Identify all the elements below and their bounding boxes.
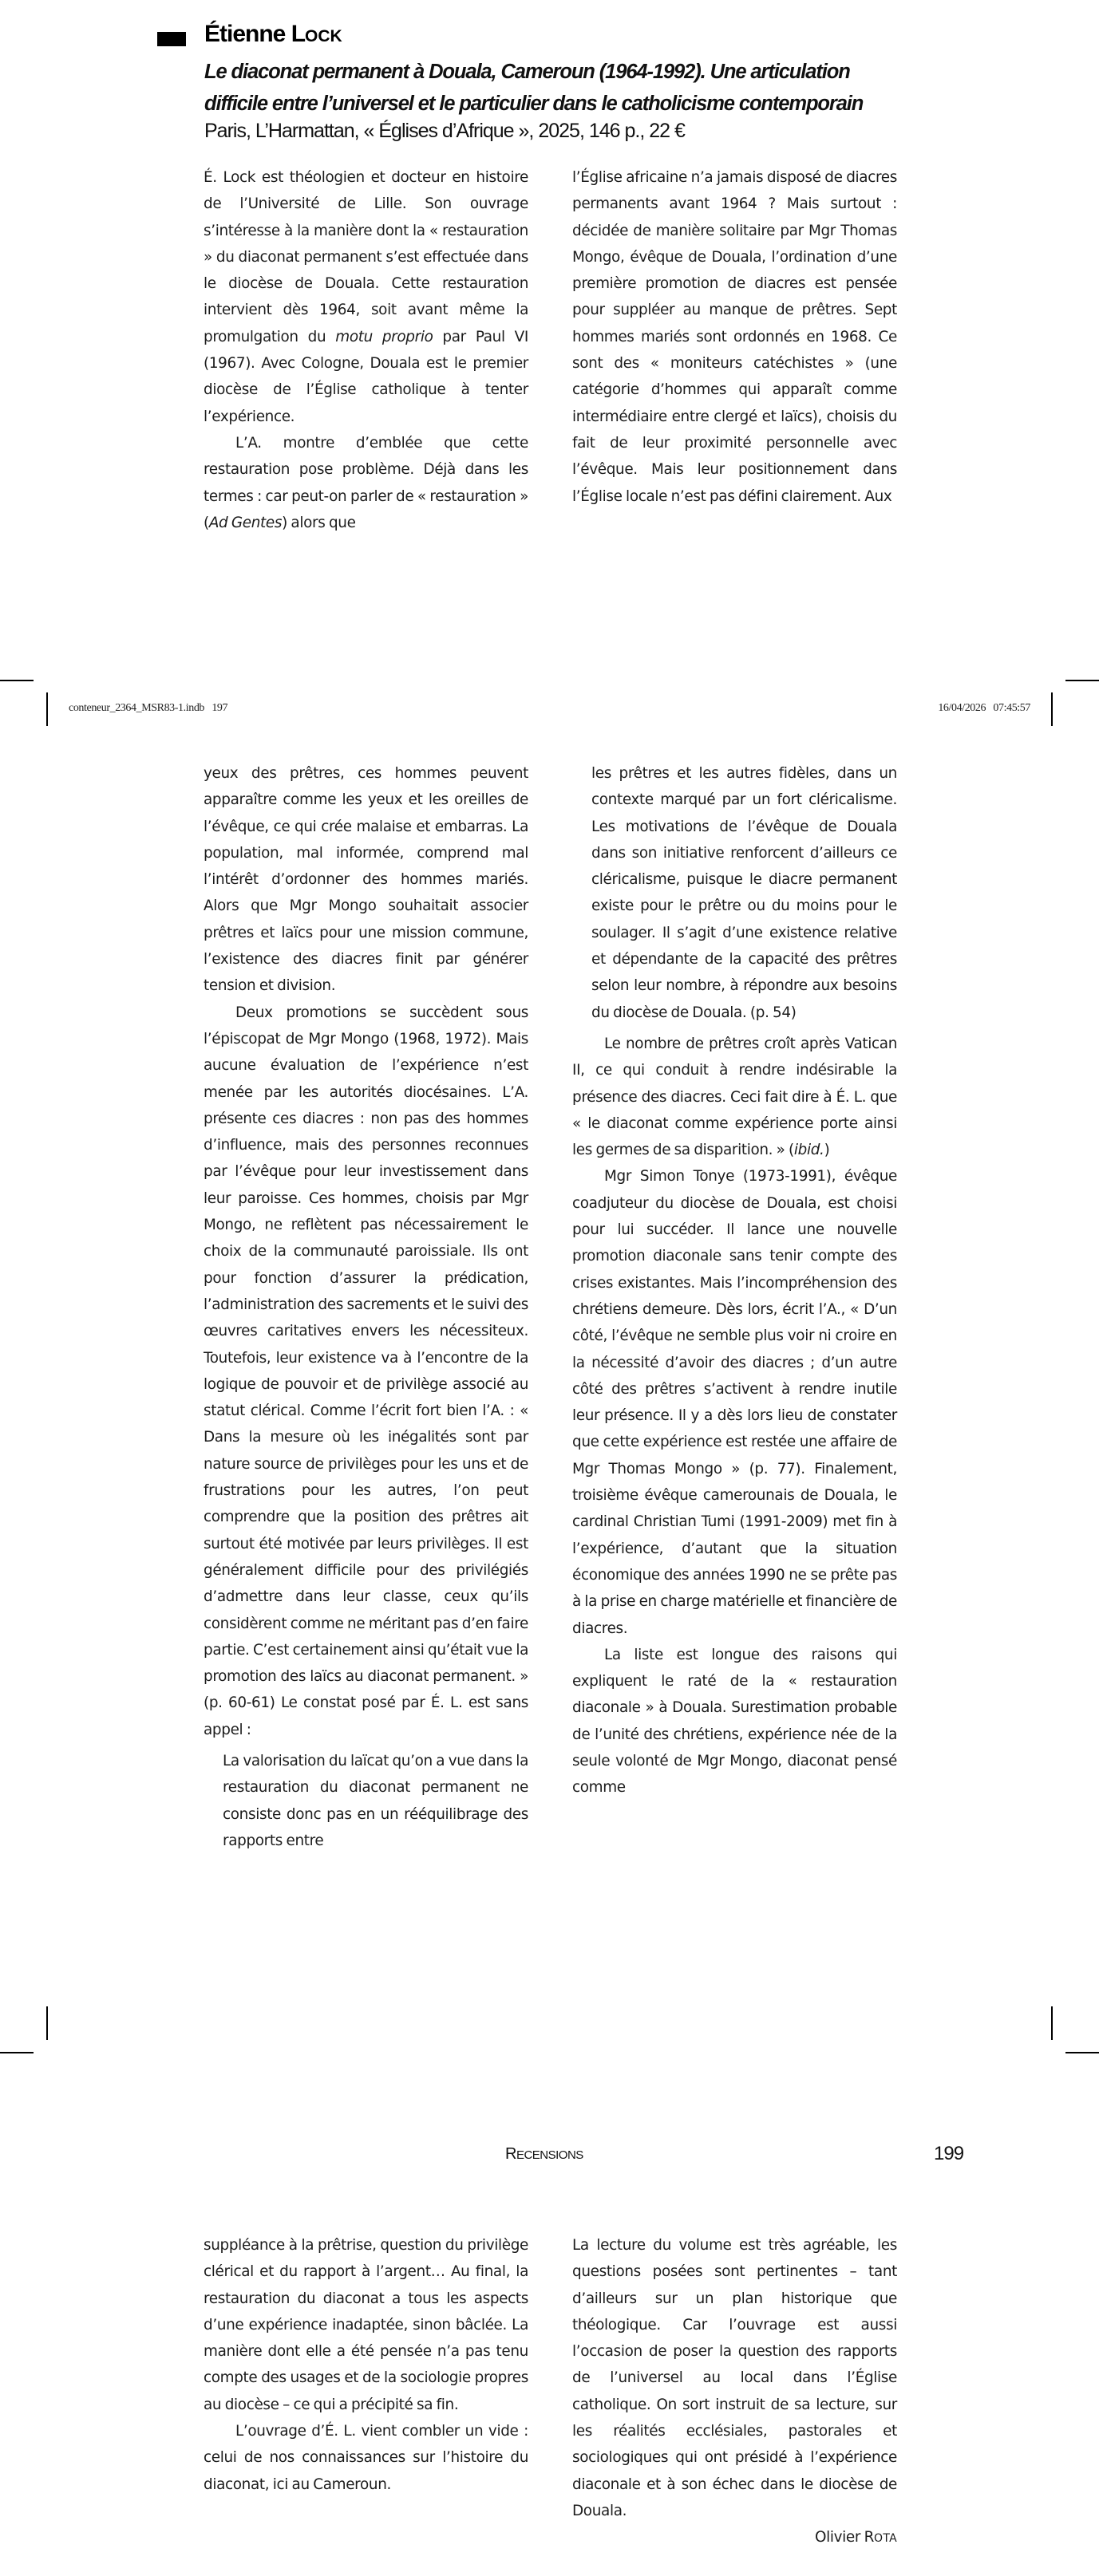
author-last-name-smallcaps: ock — [305, 27, 342, 45]
italic-text: motu proprio — [335, 329, 433, 345]
slug-datetime: 16/04/2026 07:45:57 — [938, 702, 1030, 715]
block-quote: La valorisation du laïcat qu’on a vue da… — [204, 1748, 528, 1854]
crop-mark — [1051, 692, 1053, 726]
page3-column-right: La lecture du volume est très agréable, … — [572, 2232, 897, 2553]
crop-mark — [0, 680, 34, 681]
running-head: RECENSIONS — [505, 2145, 583, 2164]
paragraph: Le nombre de prêtres croît après Vatican… — [572, 1031, 897, 1163]
running-head-initial: R — [505, 2145, 516, 2163]
book-title: Le diaconat permanent à Douala, Cameroun… — [204, 56, 907, 120]
author-first-name: Étienne L — [204, 21, 305, 47]
paragraph: L’A. montre d’emblée que cette restaurat… — [204, 430, 528, 536]
publication-info: Paris, L’Harmattan, « Églises d’Afrique … — [204, 120, 685, 143]
book-title-line-1: Le diaconat permanent à Douala, Cameroun… — [204, 56, 907, 88]
paragraph: Mgr Simon Tonye (1973-1991), évêque coad… — [572, 1163, 897, 1641]
text: ) — [824, 1142, 830, 1158]
running-head-smallcaps: ECENSIONS — [516, 2148, 583, 2162]
paragraph: l’Église africaine n’a jamais disposé de… — [572, 164, 897, 510]
paragraph: É. Lock est théologien et docteur en his… — [204, 164, 528, 430]
paragraph: La lecture du volume est très agréable, … — [572, 2232, 897, 2524]
section-marker — [157, 32, 186, 46]
paragraph: suppléance à la prêtrise, question du pr… — [204, 2232, 528, 2418]
text: ) alors que — [282, 515, 355, 531]
page2-column-left: yeux des prêtres, ces hommes peuvent app… — [204, 760, 528, 1854]
crop-mark — [0, 2052, 34, 2053]
review-author: Étienne Lock — [204, 21, 342, 48]
crop-mark — [1051, 2006, 1053, 2040]
italic-text: ibid. — [794, 1142, 824, 1158]
page1-column-right: l’Église africaine n’a jamais disposé de… — [572, 164, 897, 510]
page2-column-right: les prêtres et les autres fidèles, dans … — [572, 760, 897, 1801]
page1-column-left: É. Lock est théologien et docteur en his… — [204, 164, 528, 536]
italic-text: Ad Gentes — [209, 515, 282, 531]
reviewer-first-name: Olivier R — [815, 2529, 874, 2546]
crop-mark — [1065, 680, 1099, 681]
page-number: 199 — [934, 2143, 963, 2165]
book-title-line-2: difficile entre l’universel et le partic… — [204, 88, 907, 120]
text: É. Lock est théologien et docteur en his… — [204, 169, 528, 345]
page3-column-left: suppléance à la prêtrise, question du pr… — [204, 2232, 528, 2498]
block-quote-continued: les prêtres et les autres fidèles, dans … — [572, 760, 897, 1026]
crop-mark — [1065, 2052, 1099, 2053]
paragraph: La liste est longue des raisons qui expl… — [572, 1642, 897, 1801]
paragraph: Deux promotions se succèdent sous l’épis… — [204, 1000, 528, 1743]
slug-filename: conteneur_2364_MSR83-1.indb 197 — [69, 702, 227, 715]
paragraph: yeux des prêtres, ces hommes peuvent app… — [204, 760, 528, 1000]
crop-mark — [46, 692, 48, 726]
reviewer-last-name-smallcaps: OTA — [874, 2532, 897, 2545]
reviewer-signature: Olivier ROTA — [572, 2524, 897, 2552]
crop-mark — [46, 2006, 48, 2040]
text: Le nombre de prêtres croît après Vatican… — [572, 1036, 897, 1158]
paragraph: L’ouvrage d’É. L. vient combler un vide … — [204, 2418, 528, 2498]
